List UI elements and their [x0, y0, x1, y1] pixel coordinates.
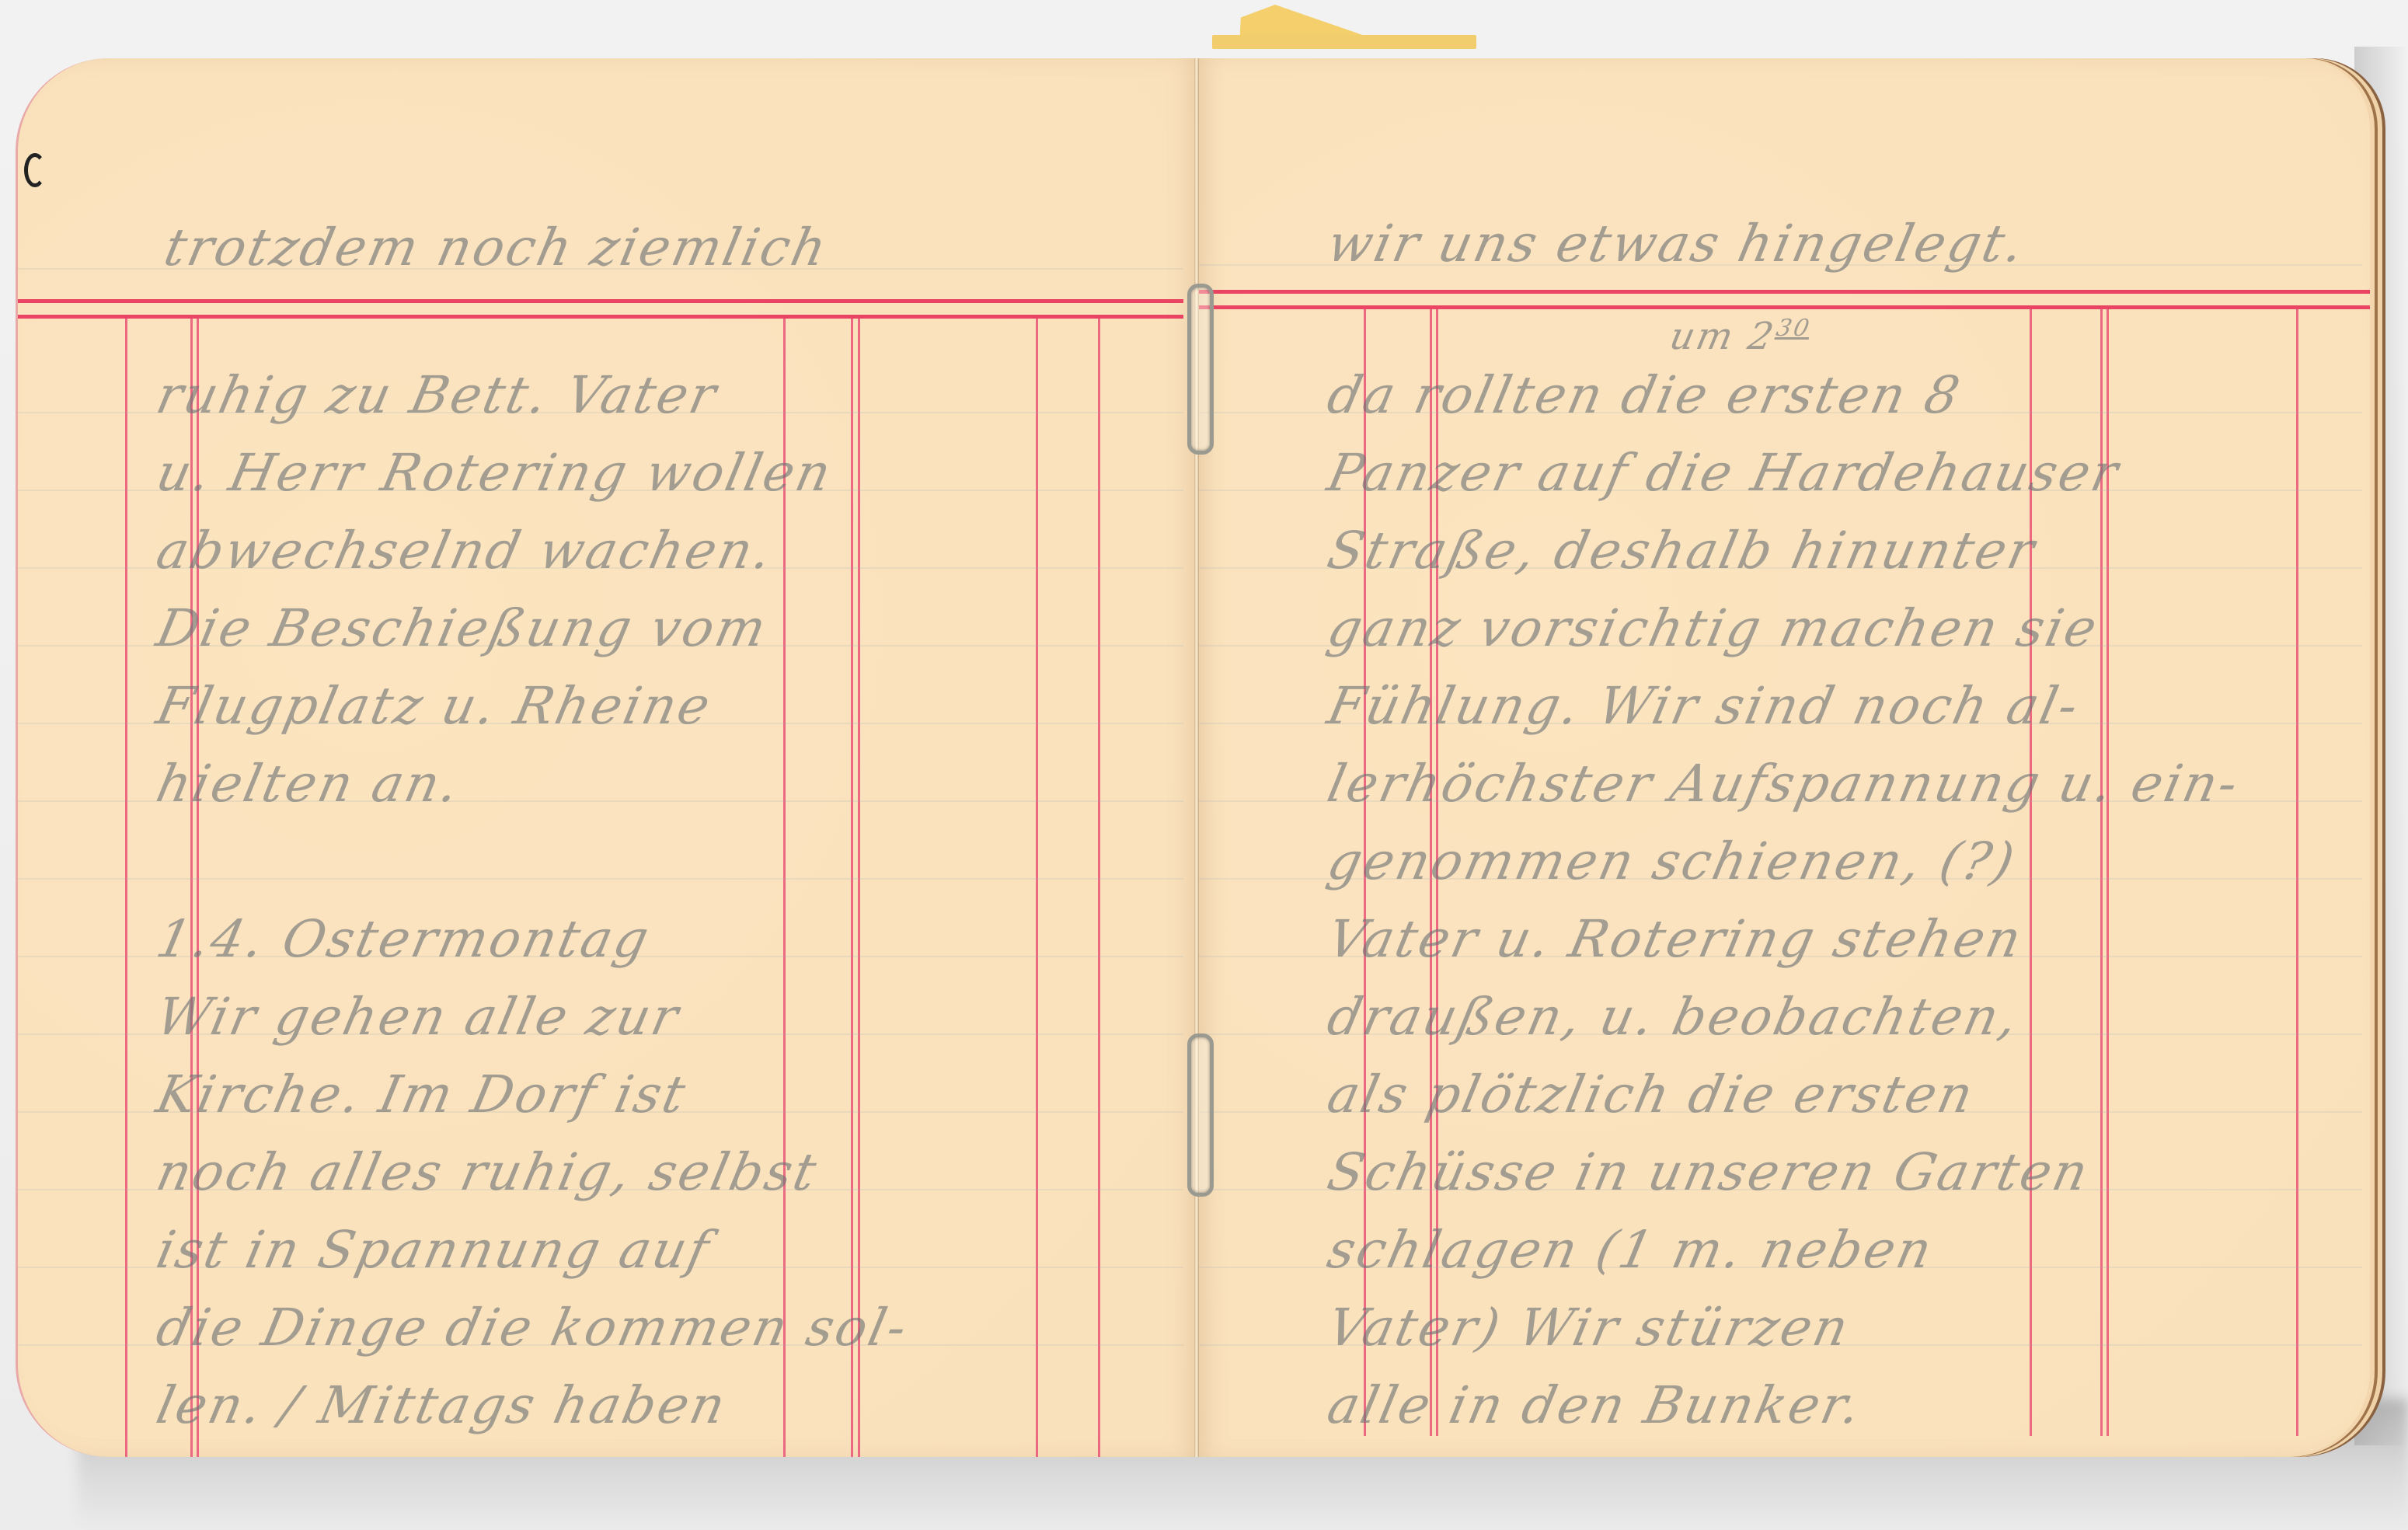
handwritten-line: noch alles ruhig, selbst: [152, 1142, 824, 1202]
handwritten-line: Vater) Wir stürzen: [1322, 1298, 1856, 1357]
handwritten-line: abwechselnd wachen.: [152, 521, 779, 580]
yellow-page-edge: [1212, 35, 1476, 49]
handwritten-header-line: trotzdem noch ziemlich: [159, 218, 834, 277]
header-rule-bottom: [18, 315, 1183, 319]
ruled-line: [18, 878, 1183, 880]
handwritten-line: Schüsse in unseren Garten: [1322, 1142, 2096, 1202]
binding-ring-icon: [24, 153, 46, 187]
handwritten-line: ruhig zu Bett. Vater: [152, 365, 723, 425]
handwritten-line: ganz vorsichtig machen sie: [1322, 598, 2104, 658]
handwritten-line: Panzer auf die Hardehauser: [1322, 443, 2125, 503]
notebook-spine: [1194, 58, 1199, 1457]
staple-icon: [1187, 1033, 1214, 1197]
handwritten-line: schlagen (1 m. neben: [1322, 1220, 1939, 1280]
right-page: wir uns etwas hingelegt. um 230 da rollt…: [1197, 58, 2370, 1457]
staple-icon: [1187, 284, 1214, 455]
handwritten-line: genommen schienen, (?): [1322, 831, 2022, 891]
handwritten-line: u. Herr Rotering wollen: [152, 443, 838, 503]
header-rule-top: [18, 299, 1183, 303]
handwritten-line: Die Beschießung vom: [152, 598, 773, 658]
open-notebook: trotzdem noch ziemlich ruhig zu Bett. Va…: [16, 58, 2385, 1480]
handwritten-insertion-note: um 230: [1666, 315, 1814, 358]
handwritten-line: Vater u. Rotering stehen: [1322, 909, 2029, 969]
handwritten-header-line: wir uns etwas hingelegt.: [1322, 214, 2031, 274]
handwritten-line: len. / Mittags haben: [152, 1375, 733, 1435]
header-rule-bottom: [1197, 305, 2370, 309]
header-rule-top: [1197, 290, 2370, 294]
handwritten-line: da rollten die ersten 8: [1322, 365, 1967, 425]
handwritten-line: hielten an.: [152, 754, 466, 814]
handwritten-line: Fühlung. Wir sind noch al-: [1322, 676, 2086, 736]
handwritten-line: die Dinge die kommen sol-: [152, 1298, 914, 1357]
handwritten-line: lerhöchster Aufspannung u. ein-: [1322, 754, 2246, 814]
handwritten-line: draußen, u. beobachten,: [1322, 987, 2025, 1047]
handwritten-line: Flugplatz u. Rheine: [152, 676, 717, 736]
insertion-time-minutes: 30: [1774, 315, 1814, 342]
handwritten-date-line: 1.4. Ostermontag: [152, 909, 656, 969]
handwritten-line: Straße, deshalb hinunter: [1322, 521, 2042, 580]
handwritten-line: Kirche. Im Dorf ist: [152, 1065, 693, 1124]
handwritten-line: Wir gehen alle zur: [152, 987, 685, 1047]
insertion-time: um 2: [1666, 315, 1779, 358]
handwritten-line: alle in den Bunker.: [1322, 1375, 1868, 1435]
handwritten-line: als plötzlich die ersten: [1322, 1065, 1981, 1124]
handwritten-line: ist in Spannung auf: [152, 1220, 716, 1280]
left-page: trotzdem noch ziemlich ruhig zu Bett. Va…: [16, 58, 1199, 1457]
